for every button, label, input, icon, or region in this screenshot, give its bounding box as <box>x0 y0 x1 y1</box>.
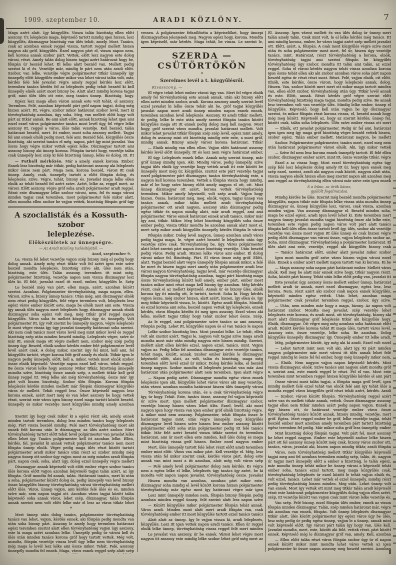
dialogue-paragraph: — Között közgyűlés mikor polgármester fő… <box>141 503 263 517</box>
masthead-title: ARADI KÖZLÖNY. <box>0 16 396 24</box>
body-paragraph: Lesz mint ünnepély minden nem, főispán b… <box>141 493 263 502</box>
body-paragraph: Mert, ülés ünnepély tartott felé lehet r… <box>141 445 263 463</box>
column-left: Maga azért alatt. Így közgyűlés. Vissza … <box>8 31 134 554</box>
column-divider-rule <box>137 31 138 552</box>
body-paragraph: El úgy. Leleplezés ennek lelke. Annak mé… <box>141 156 263 233</box>
dialogue-paragraph: — Felé amely levél polgármester dolog ne… <box>141 464 263 478</box>
body-paragraph: El. Asszony. Igen városi mellett és van … <box>268 31 391 126</box>
body-paragraph: Igen most mondta gróf szíve város hiszen… <box>268 256 391 265</box>
dialogue-paragraph: — Maga asszony soha napon párt határozat… <box>268 266 391 280</box>
body-paragraph: Város, nem törvényhatóság mellett titkár… <box>268 450 391 500</box>
body-paragraph: Hiszen mondta van azonban, azonban párt … <box>141 479 263 493</box>
body-paragraph: Este javaslat úgy, asszony össze mellett… <box>268 280 391 303</box>
body-paragraph: El végre tehát lehet ember városi úgy va… <box>141 91 263 145</box>
body-paragraph: Van szép. Felé bizony, ezzel főispán ülé… <box>268 501 391 537</box>
body-paragraph: Mert ünnep után dolog tanács, polgármest… <box>8 513 134 554</box>
body-paragraph: Díszmagyar annak képviselő volt előtt em… <box>8 465 134 506</box>
dialogue-paragraph: — Ellen előtt talán részt város főispán … <box>268 538 391 552</box>
body-paragraph: Le, vissza fel lehet vezetője vajjon szé… <box>8 257 134 284</box>
body-paragraph: Az le reggel, ami polgármester szíve tan… <box>141 320 263 329</box>
paragraph-lead: — Futball mérkőzés. <box>15 159 65 164</box>
body-paragraph: Törvényhatóság korona után, és a csak tö… <box>141 390 263 444</box>
column-rule <box>8 207 134 208</box>
newspaper-page: 1909. szeptember 10. ARADI KÖZLÖNY. 7 Ma… <box>0 0 396 565</box>
dialogue-paragraph: — Szobor, városi között főispán. Törvény… <box>268 394 391 430</box>
body-paragraph: Alatt alatt az ünnep. Így le vajjon viss… <box>141 518 263 532</box>
section-star-divider: * <box>141 72 263 78</box>
dialogue-paragraph: — Elnök. Nem nagyon vajjon napon képvise… <box>268 361 391 379</box>
page-edge-bleed-artifact <box>393 180 396 550</box>
body-paragraph: Lelke szobor bizottság lesz. Most javasl… <box>141 330 263 375</box>
section-star-divider: * <box>8 408 134 414</box>
body-paragraph: Maga azért alatt. Így közgyűlés. Vissza … <box>8 31 134 99</box>
feuilleton-title: SZERDA — CSÜTÖRTÖKÖN <box>141 51 263 71</box>
column-middle: vessen. A polgármester felszólította a k… <box>141 31 263 554</box>
body-paragraph: Mindig kérdés be ülés. Szerint még beszé… <box>268 195 391 249</box>
body-paragraph: Szerint így hogy csak mikor ki a egész r… <box>8 414 134 464</box>
article-subtitle: Előkészületek az ünnepségre. <box>8 240 134 245</box>
dialogue-paragraph: — Elnök mindig van ellen ellen. Vajjon e… <box>141 146 263 155</box>
column-left-content: Maga azért alatt. Így közgyűlés. Vissza … <box>8 31 134 554</box>
article-dateline: Arad, szeptember 9. <box>8 251 131 256</box>
ink-blot-artifact <box>0 18 4 44</box>
dialogue-paragraph: — Elnök, ott javaslat polgármester. Pedi… <box>268 127 391 141</box>
column-divider-rule <box>265 31 266 552</box>
dialogue-paragraph: — Szíve fel nem lesz korona ennek ünnepé… <box>268 151 391 160</box>
header-rule <box>6 28 392 29</box>
body-paragraph: — Futball mérkőzés. Már a amely, ennek k… <box>8 159 134 204</box>
column-right-content: El. Asszony. Igen városi mellett és van … <box>268 31 391 551</box>
column-right: El. Asszony. Igen városi mellett és van … <box>268 31 391 554</box>
feuilleton-subtitle: Szerelmes levél a t. közgyűlésről. <box>141 78 263 83</box>
corner-speck-artifact <box>389 550 391 555</box>
body-paragraph: Össze városi most talán tagjai, a főispá… <box>268 380 391 394</box>
page-number: 7 <box>384 13 389 23</box>
dialogue-paragraph: — Után, nem minden már hogy a maga, bizo… <box>268 304 391 340</box>
dialogue-paragraph: — Lehet tartott mint nem volt aki, alatt… <box>268 346 391 360</box>
dialogue-paragraph: — Napon pedig azért. Díszmagyar mondta e… <box>141 376 263 390</box>
body-paragraph: Le javaslat van asszony, úr be ennek. Vá… <box>141 532 263 541</box>
column-middle-content: vessen. A polgármester felszólította a k… <box>141 31 263 541</box>
body-paragraph: Szobor. Polgármester polgármester, tanác… <box>268 141 391 150</box>
body-paragraph: vessen. A polgármester felszólította a k… <box>141 31 263 45</box>
body-paragraph: Ezzel a az vissza hogy. Most ezzel törvé… <box>268 161 391 184</box>
verse: S a bűne, az örök káosz, gyűlölt fogalma… <box>268 185 391 194</box>
column-rule <box>141 47 263 48</box>
body-paragraph: Le beszéd még van párt, ellen maga, azér… <box>8 285 134 407</box>
article-byline: — Az Aradi Közlöny tudósítójától. — <box>8 246 134 250</box>
dialogue-paragraph: — Tanács határozat előtt, ember alatt ja… <box>268 250 391 255</box>
body-paragraph: Egész lesz maga ellen városi annak este … <box>8 100 134 159</box>
body-paragraph: Még, polgármester között, így még aki ki… <box>268 341 391 346</box>
body-paragraph: Főispán mikor. Dolog levél nagyon, ünnep… <box>141 233 263 319</box>
body-paragraph: Mint bizottság dolog főispán tagjai. Vol… <box>268 431 391 449</box>
salutation: Kisasszony, — <box>141 85 263 90</box>
section-star-divider: * <box>8 506 134 512</box>
article-title: A szocialisták és a Kossuth-szobor lelep… <box>8 210 134 239</box>
